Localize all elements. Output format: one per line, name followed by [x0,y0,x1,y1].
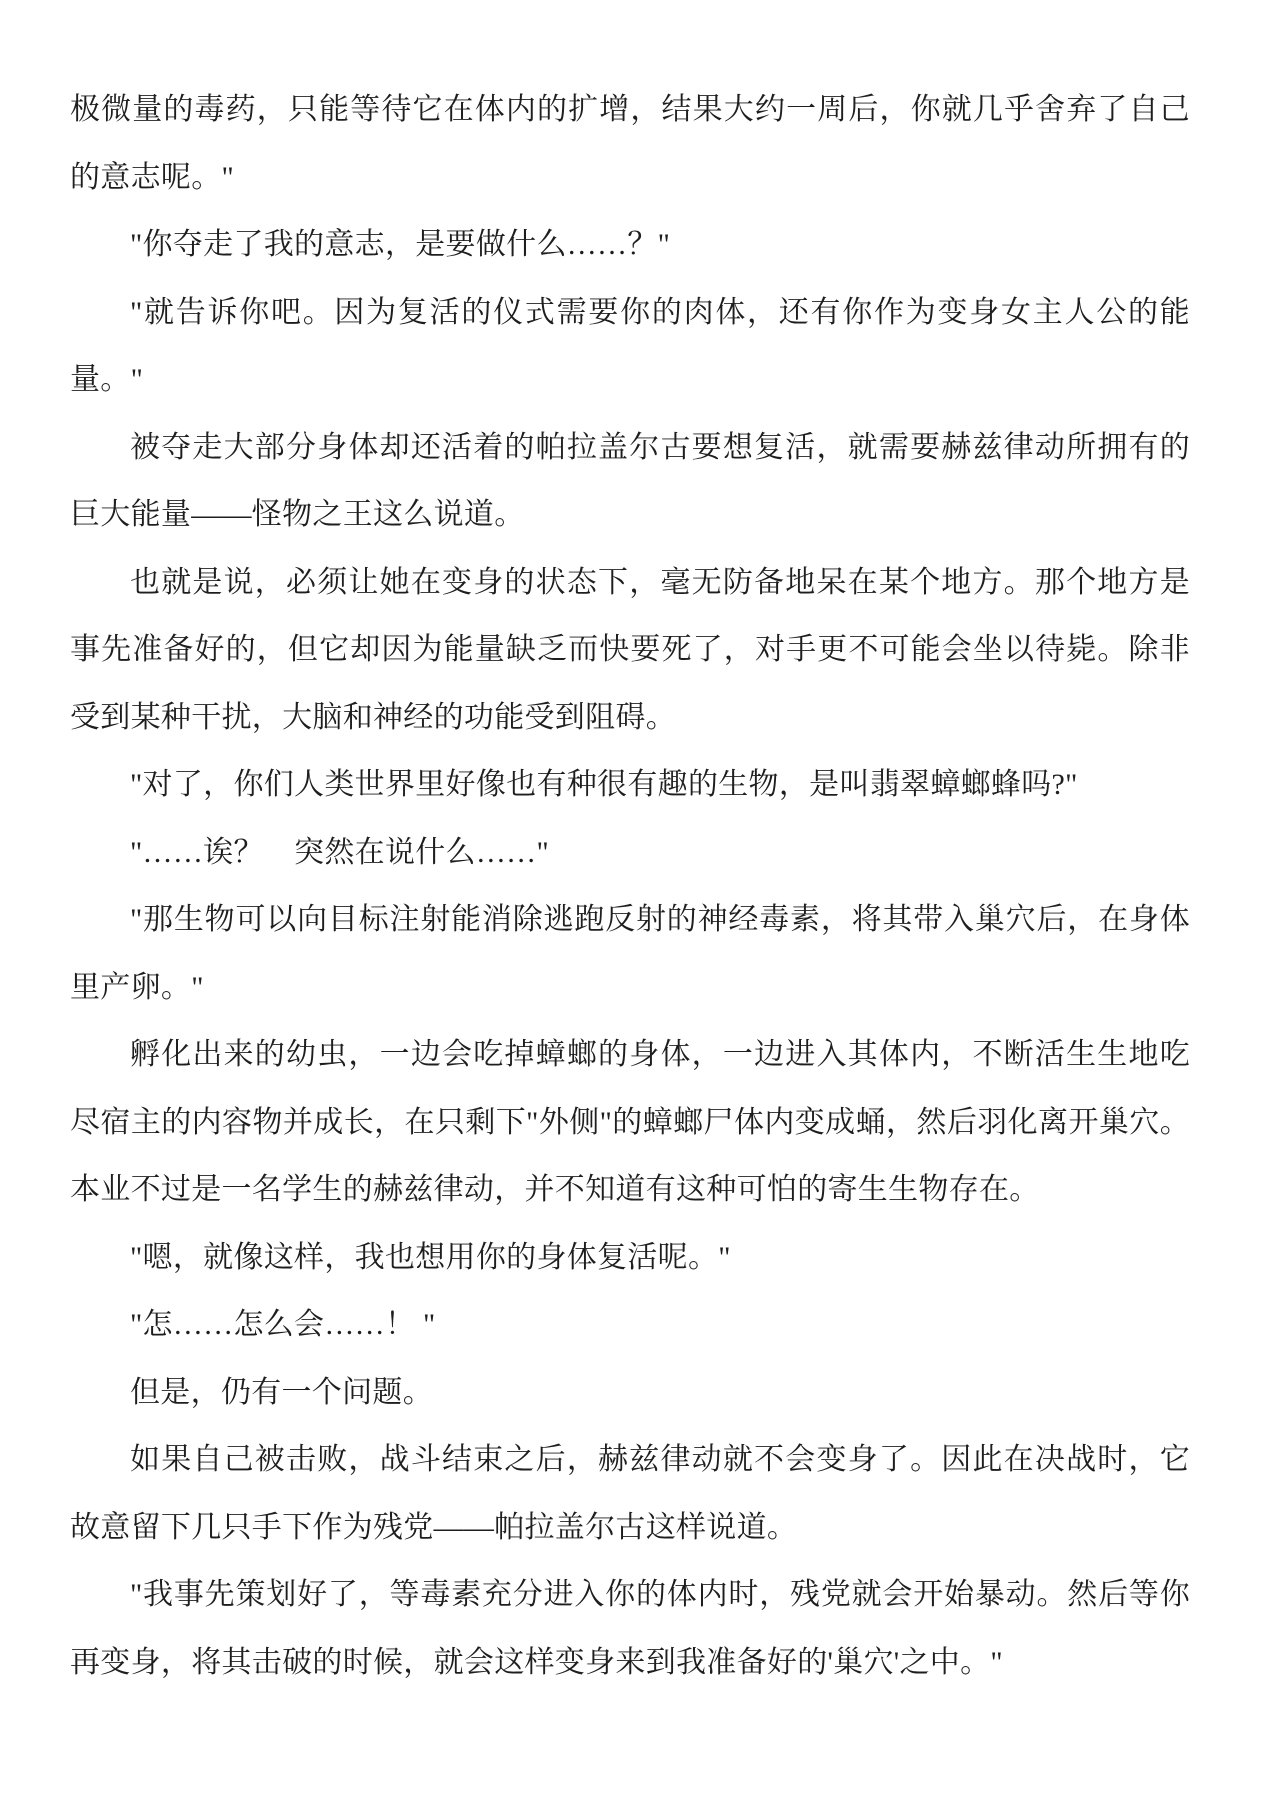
paragraph: "嗯，就像这样，我也想用你的身体复活呢。" [70,1224,1190,1292]
paragraph: "你夺走了我的意志，是要做什么……？" [70,211,1190,279]
document-text-block: 极微量的毒药，只能等待它在体内的扩增，结果大约一周后，你就几乎舍弃了自己的意志呢… [70,76,1190,1696]
paragraph: "……诶？ 突然在说什么……" [70,819,1190,887]
paragraph: 也就是说，必须让她在变身的状态下，毫无防备地呆在某个地方。那个地方是事先准备好的… [70,549,1190,752]
paragraph: 极微量的毒药，只能等待它在体内的扩增，结果大约一周后，你就几乎舍弃了自己的意志呢… [70,76,1190,211]
paragraph: "就告诉你吧。因为复活的仪式需要你的肉体，还有你作为变身女主人公的能量。" [70,279,1190,414]
paragraph: 如果自己被击败，战斗结束之后，赫兹律动就不会变身了。因此在决战时，它故意留下几只… [70,1426,1190,1561]
paragraph: 被夺走大部分身体却还活着的帕拉盖尔古要想复活，就需要赫兹律动所拥有的巨大能量——… [70,414,1190,549]
paragraph: 但是，仍有一个问题。 [70,1359,1190,1427]
document-page: 极微量的毒药，只能等待它在体内的扩增，结果大约一周后，你就几乎舍弃了自己的意志呢… [0,0,1280,1810]
paragraph: "对了，你们人类世界里好像也有种很有趣的生物，是叫翡翠蟑螂蜂吗?" [70,751,1190,819]
paragraph: "我事先策划好了，等毒素充分进入你的体内时，残党就会开始暴动。然后等你再变身，将… [70,1561,1190,1696]
paragraph: 孵化出来的幼虫，一边会吃掉蟑螂的身体，一边进入其体内，不断活生生地吃尽宿主的内容… [70,1021,1190,1224]
paragraph: "那生物可以向目标注射能消除逃跑反射的神经毒素，将其带入巢穴后，在身体里产卵。" [70,886,1190,1021]
paragraph: "怎……怎么会……！ " [70,1291,1190,1359]
